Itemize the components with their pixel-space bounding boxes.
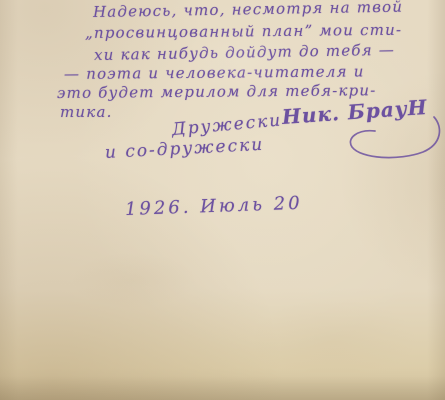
handwriting-line-5: это будет мерилом для тебя-кри- [57,81,377,102]
scanned-page: Надеюсь, что, несмотря на твой „просвинц… [0,0,445,400]
handwriting-line-4: — поэта и человека-читателя и [64,62,365,83]
handwriting-line-1: Надеюсь, что, несмотря на твой [93,0,404,21]
handwriting-line-2: „просвинцованный план” мои сти- [85,21,402,42]
handwriting-line-3: хи как нибудь дойдут до тебя — [94,41,395,64]
signature-postscript: и со-дружески [104,135,264,163]
date-line: 1926. Июль 20 [125,193,303,220]
handwriting-line-6: тика. [60,103,113,121]
signature-salutation: Дружески [171,110,283,140]
signature-name: Ник. БрауН [281,95,428,129]
